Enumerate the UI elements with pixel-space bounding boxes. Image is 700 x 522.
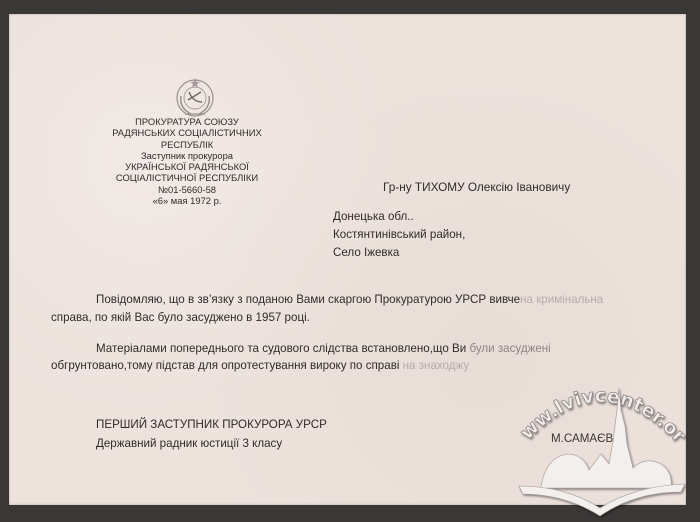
header-line: РЕСПУБЛІК [99, 139, 275, 150]
signer-rank: Державний радник юстиції 3 класу [96, 437, 282, 450]
header-line: СОЦІАЛІСТИЧНОЇ РЕСПУБЛІКИ [99, 172, 275, 183]
body-text-faded: на знаходжу [403, 359, 470, 372]
body-paragraph-1-line-1: Повідомляю, що в зв’язку з поданою Вами … [96, 293, 603, 306]
recipient-address-line: Костянтинівський район, [333, 228, 465, 241]
body-text: Повідомляю, що в зв’язку з поданою Вами … [96, 293, 520, 306]
recipient-address-line: Донецька обл.. [333, 210, 414, 223]
body-paragraph-2-line-1: Матеріалами попереднього та судового слі… [96, 342, 551, 355]
recipient-name: Гр-ну ТИХОМУ Олексію Івановичу [383, 180, 570, 194]
prosecutor-office-header: ПРОКУРАТУРА СОЮЗУ РАДЯНСЬКИХ СОЦІАЛІСТИЧ… [99, 116, 275, 206]
body-text-faded: на кримінальна [520, 293, 603, 306]
document-date: «6» мая 1972 р. [99, 195, 275, 206]
header-line: Заступник прокурора [99, 150, 275, 161]
body-text: Матеріалами попереднього та судового слі… [96, 342, 469, 355]
header-line: УКРАЇНСЬКОЇ РАДЯНСЬКОЇ [99, 161, 275, 172]
body-text: обгрунтовано,тому підстав для опротестув… [51, 359, 403, 372]
header-line: РАДЯНСЬКИХ СОЦІАЛІСТИЧНИХ [99, 127, 275, 138]
signer-title: ПЕРШИЙ ЗАСТУПНИК ПРОКУРОРА УРСР [96, 418, 327, 431]
document-number: №01-5660-58 [99, 184, 275, 195]
body-paragraph-2-line-2: обгрунтовано,тому підстав для опротестув… [51, 359, 469, 372]
body-text-faded: були засуджені [469, 342, 550, 355]
signer-name: М.САМАЄВ [551, 432, 613, 445]
ussr-republic-emblem-icon [171, 74, 219, 122]
header-line: ПРОКУРАТУРА СОЮЗУ [99, 116, 275, 127]
recipient-address-line: Село Іжевка [333, 246, 399, 259]
body-paragraph-1-line-2: справа, по якій Вас було засуджено в 195… [51, 311, 310, 324]
